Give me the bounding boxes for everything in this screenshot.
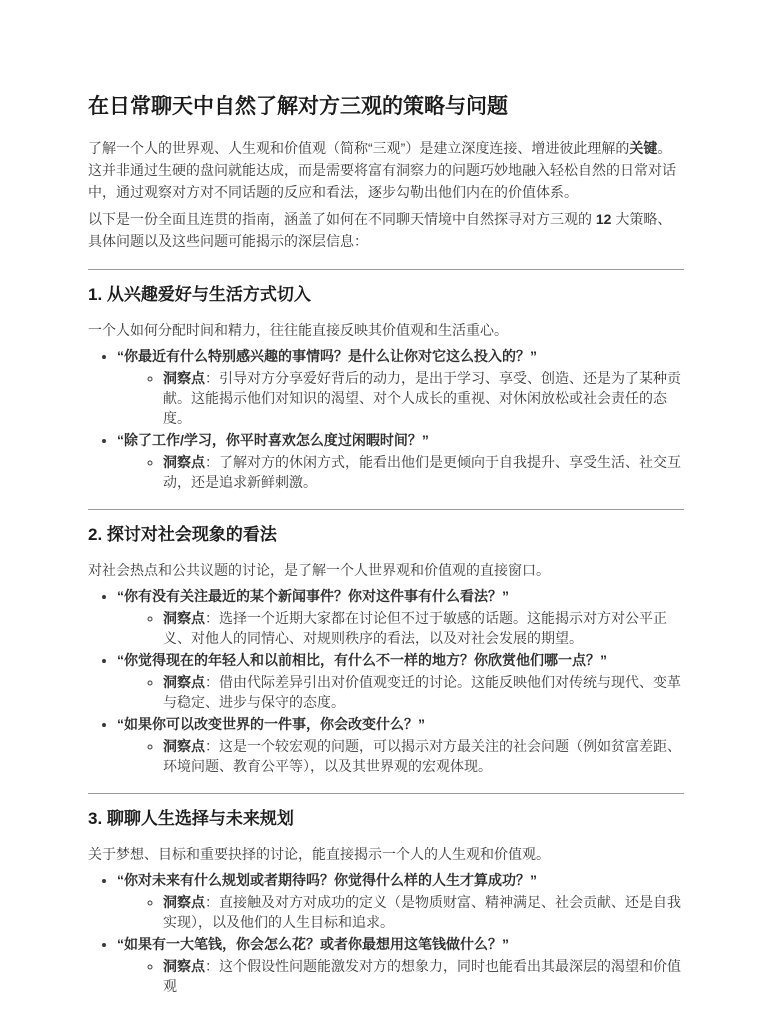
text-run: 以下是一份全面且连贯的指南，涵盖了如何在不同聊天情境中自然探寻对方三观的: [88, 211, 596, 227]
question-text: “你最近有什么特别感兴趣的事情吗？是什么让你对它这么投入的？”: [117, 348, 537, 364]
insight-list: 洞察点：直接触及对方对成功的定义（是物质财富、精神满足、社会贡献、还是自我实现）…: [117, 892, 684, 932]
question-text: “如果你可以改变世界的一件事，你会改变什么？”: [117, 716, 425, 732]
insight-item: 洞察点：引导对方分享爱好背后的动力，是出于学习、享受、创造、还是为了某种贡献。这…: [163, 368, 684, 428]
section-3-intro: 关于梦想、目标和重要抉择的讨论，能直接揭示一个人的人生观和价值观。: [88, 843, 684, 865]
insight-list: 洞察点：了解对方的休闲方式，能看出他们是更倾向于自我提升、享受生活、社交互动，还…: [117, 452, 684, 492]
question-item: “你有没有关注最近的某个新闻事件？你对这件事有什么看法？” 洞察点：选择一个近期…: [117, 586, 684, 648]
question-text: “你觉得现在的年轻人和以前相比，有什么不一样的地方？你欣赏他们哪一点？”: [117, 652, 607, 668]
question-list: “你对未来有什么规划或者期待吗？你觉得什么样的人生才算成功？” 洞察点：直接触及…: [88, 870, 684, 996]
insight-item: 洞察点：这个假设性问题能激发对方的想象力，同时也能看出其最深层的渴望和价值观: [163, 956, 684, 996]
section-3: 3. 聊聊人生选择与未来规划 关于梦想、目标和重要抉择的讨论，能直接揭示一个人的…: [88, 793, 684, 996]
insight-label: 洞察点: [163, 674, 205, 690]
question-item: “除了工作/学习，你平时喜欢怎么度过闲暇时间？” 洞察点：了解对方的休闲方式，能…: [117, 430, 684, 492]
text-run-bold: 关键: [629, 140, 657, 156]
question-text: “你有没有关注最近的某个新闻事件？你对这件事有什么看法？”: [117, 588, 509, 604]
insight-text: ：借由代际差异引出对价值观变迁的讨论。这能反映他们对传统与现代、变革与稳定、进步…: [163, 674, 681, 710]
insight-text: ：选择一个近期大家都在讨论但不过于敏感的话题。这能揭示对方对公平正义、对他人的同…: [163, 610, 667, 646]
question-item: “如果你可以改变世界的一件事，你会改变什么？” 洞察点：这是一个较宏观的问题，可…: [117, 714, 684, 776]
insight-text: ：了解对方的休闲方式，能看出他们是更倾向于自我提升、享受生活、社交互动，还是追求…: [163, 454, 681, 490]
insight-label: 洞察点: [163, 958, 205, 974]
insight-list: 洞察点：引导对方分享爱好背后的动力，是出于学习、享受、创造、还是为了某种贡献。这…: [117, 368, 684, 428]
insight-item: 洞察点：借由代际差异引出对价值观变迁的讨论。这能反映他们对传统与现代、变革与稳定…: [163, 672, 684, 712]
insight-text: ：直接触及对方对成功的定义（是物质财富、精神满足、社会贡献、还是自我实现），以及…: [163, 894, 681, 930]
insight-label: 洞察点: [163, 454, 205, 470]
question-item: “你觉得现在的年轻人和以前相比，有什么不一样的地方？你欣赏他们哪一点？” 洞察点…: [117, 650, 684, 712]
question-list: “你最近有什么特别感兴趣的事情吗？是什么让你对它这么投入的？” 洞察点：引导对方…: [88, 346, 684, 492]
intro-paragraph-1: 了解一个人的世界观、人生观和价值观（简称“三观”）是建立深度连接、增进彼此理解的…: [88, 137, 684, 203]
text-run: 了解一个人的世界观、人生观和价值观（简称“三观”）是建立深度连接、增进彼此理解的: [88, 140, 629, 156]
question-list: “你有没有关注最近的某个新闻事件？你对这件事有什么看法？” 洞察点：选择一个近期…: [88, 586, 684, 776]
question-text: “你对未来有什么规划或者期待吗？你觉得什么样的人生才算成功？”: [117, 872, 537, 888]
insight-text: ：这是一个较宏观的问题，可以揭示对方最关注的社会问题（例如贫富差距、环境问题、教…: [163, 738, 681, 774]
question-item: “你对未来有什么规划或者期待吗？你觉得什么样的人生才算成功？” 洞察点：直接触及…: [117, 870, 684, 932]
section-1-heading: 1. 从兴趣爱好与生活方式切入: [88, 284, 684, 306]
section-divider: [88, 269, 684, 270]
insight-list: 洞察点：借由代际差异引出对价值观变迁的讨论。这能反映他们对传统与现代、变革与稳定…: [117, 672, 684, 712]
insight-list: 洞察点：这是一个较宏观的问题，可以揭示对方最关注的社会问题（例如贫富差距、环境问…: [117, 736, 684, 776]
insight-label: 洞察点: [163, 610, 205, 626]
document-page: 在日常聊天中自然了解对方三观的策略与问题 了解一个人的世界观、人生观和价值观（简…: [0, 0, 768, 1024]
section-1-intro: 一个人如何分配时间和精力，往往能直接反映其价值观和生活重心。: [88, 319, 684, 341]
section-2-heading: 2. 探讨对社会现象的看法: [88, 524, 684, 546]
insight-item: 洞察点：选择一个近期大家都在讨论但不过于敏感的话题。这能揭示对方对公平正义、对他…: [163, 608, 684, 648]
insight-list: 洞察点：选择一个近期大家都在讨论但不过于敏感的话题。这能揭示对方对公平正义、对他…: [117, 608, 684, 648]
insight-item: 洞察点：了解对方的休闲方式，能看出他们是更倾向于自我提升、享受生活、社交互动，还…: [163, 452, 684, 492]
insight-label: 洞察点: [163, 894, 205, 910]
section-1: 1. 从兴趣爱好与生活方式切入 一个人如何分配时间和精力，往往能直接反映其价值观…: [88, 269, 684, 492]
section-3-heading: 3. 聊聊人生选择与未来规划: [88, 808, 684, 830]
section-2: 2. 探讨对社会现象的看法 对社会热点和公共议题的讨论，是了解一个人世界观和价值…: [88, 509, 684, 776]
section-divider: [88, 793, 684, 794]
question-item: “如果有一大笔钱，你会怎么花？或者你最想用这笔钱做什么？” 洞察点：这个假设性问…: [117, 934, 684, 996]
insight-text: ：引导对方分享爱好背后的动力，是出于学习、享受、创造、还是为了某种贡献。这能揭示…: [163, 370, 681, 426]
insight-list: 洞察点：这个假设性问题能激发对方的想象力，同时也能看出其最深层的渴望和价值观: [117, 956, 684, 996]
insight-text: ：这个假设性问题能激发对方的想象力，同时也能看出其最深层的渴望和价值观: [163, 958, 681, 994]
question-text: “除了工作/学习，你平时喜欢怎么度过闲暇时间？”: [117, 432, 429, 448]
question-item: “你最近有什么特别感兴趣的事情吗？是什么让你对它这么投入的？” 洞察点：引导对方…: [117, 346, 684, 428]
insight-label: 洞察点: [163, 738, 205, 754]
page-title: 在日常聊天中自然了解对方三观的策略与问题: [88, 94, 684, 120]
section-divider: [88, 509, 684, 510]
section-2-intro: 对社会热点和公共议题的讨论，是了解一个人世界观和价值观的直接窗口。: [88, 559, 684, 581]
text-run-bold: 12: [596, 211, 612, 227]
insight-item: 洞察点：这是一个较宏观的问题，可以揭示对方最关注的社会问题（例如贫富差距、环境问…: [163, 736, 684, 776]
insight-item: 洞察点：直接触及对方对成功的定义（是物质财富、精神满足、社会贡献、还是自我实现）…: [163, 892, 684, 932]
insight-label: 洞察点: [163, 370, 205, 386]
intro-paragraph-2: 以下是一份全面且连贯的指南，涵盖了如何在不同聊天情境中自然探寻对方三观的 12 …: [88, 208, 684, 252]
question-text: “如果有一大笔钱，你会怎么花？或者你最想用这笔钱做什么？”: [117, 936, 509, 952]
